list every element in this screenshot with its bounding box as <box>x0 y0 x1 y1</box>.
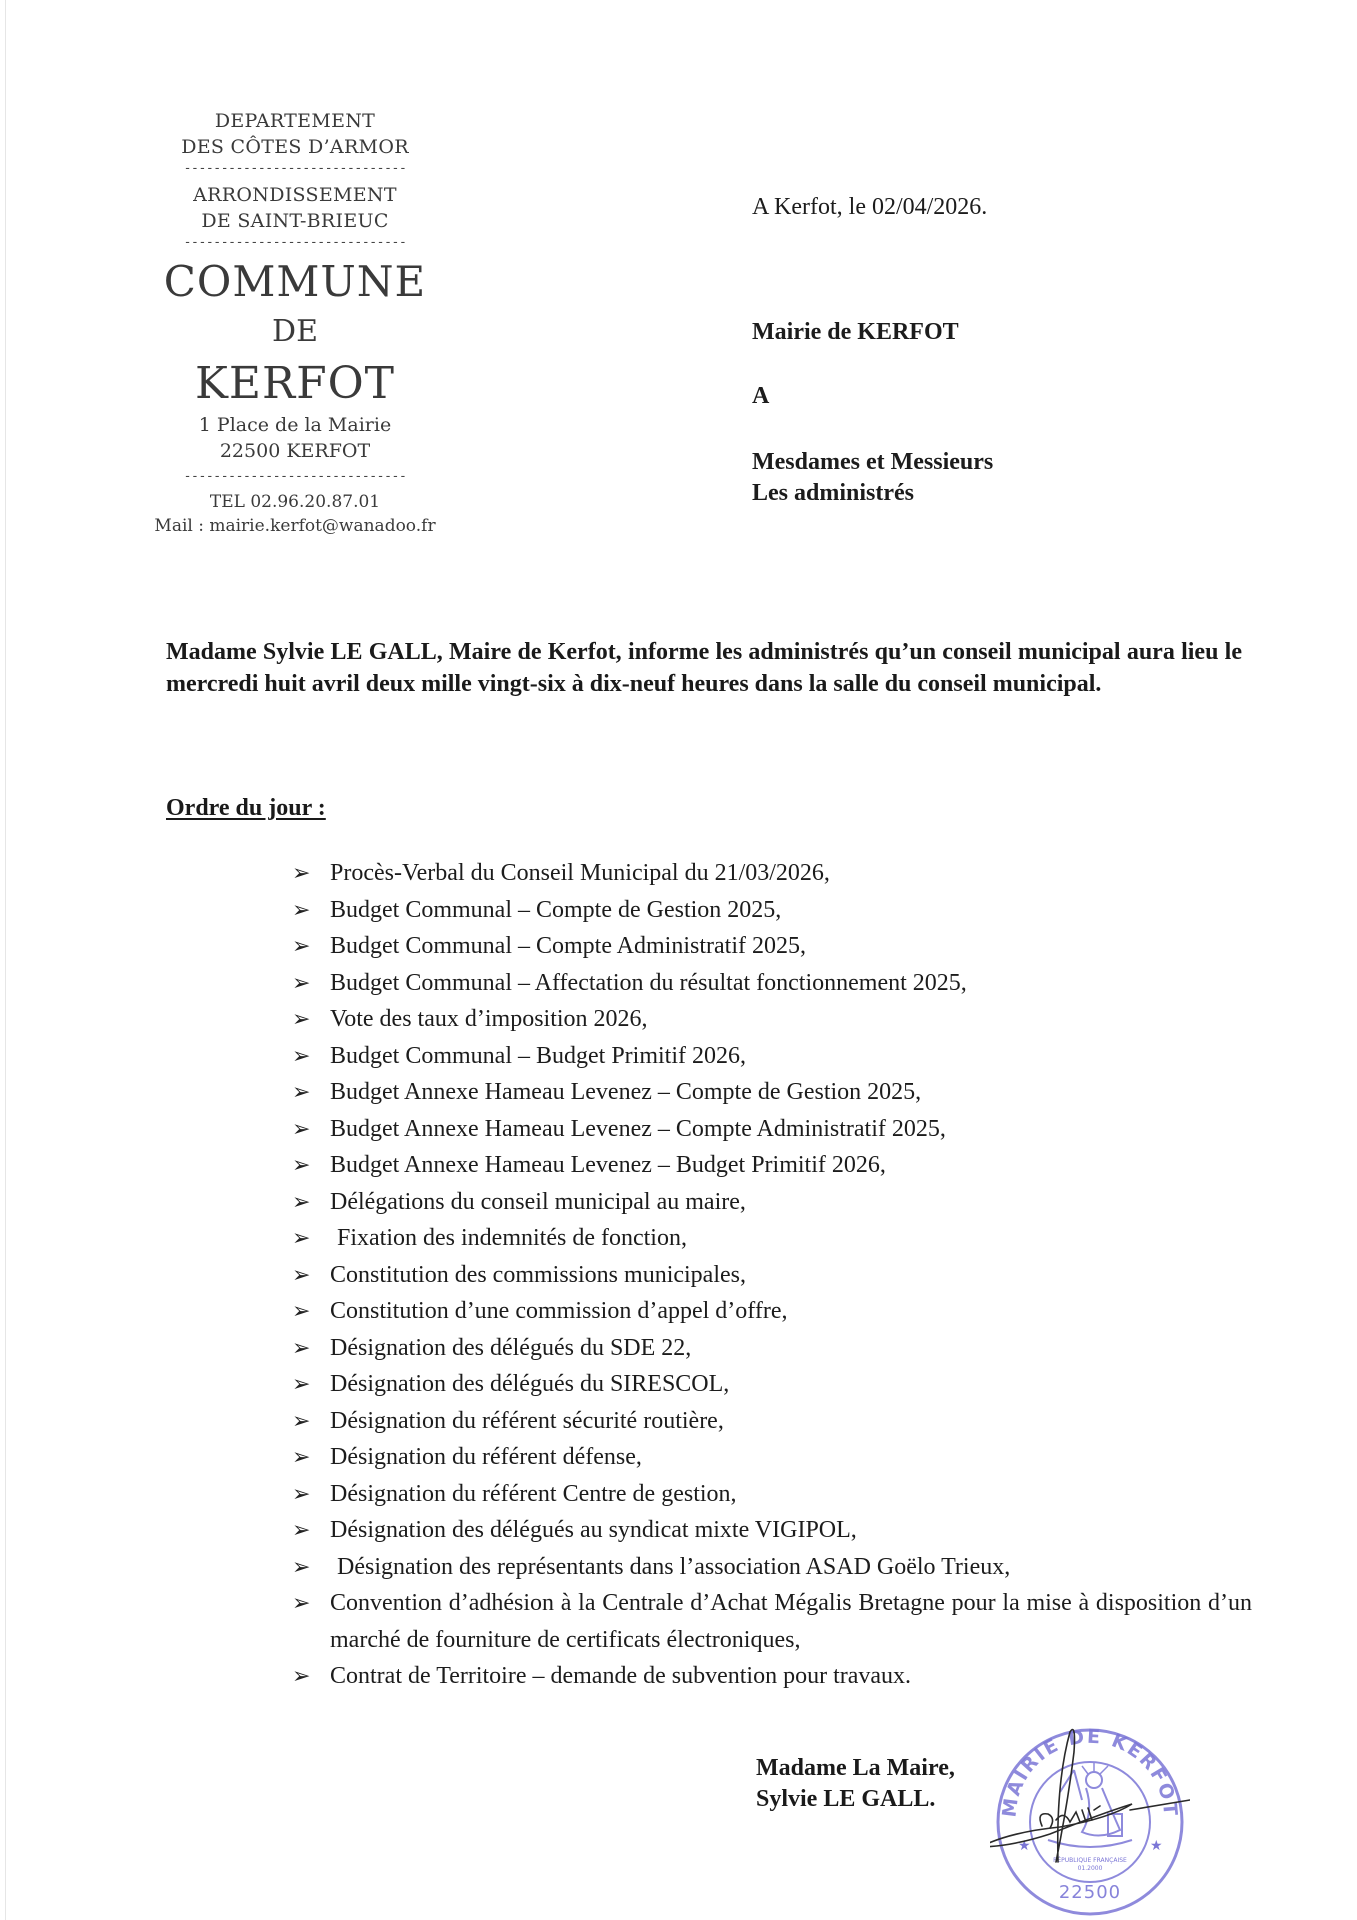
agenda-item: ➢Désignation des délégués au syndicat mi… <box>292 1512 1252 1549</box>
agenda-item-text: Budget Annexe Hameau Levenez – Budget Pr… <box>330 1152 886 1178</box>
svg-text:22500: 22500 <box>1059 1882 1121 1903</box>
recipients: Mesdames et Messieurs Les administrés <box>752 447 993 509</box>
agenda-item: ➢Constitution des commissions municipale… <box>292 1257 1252 1294</box>
agenda-item-text: Budget Communal – Compte Administratif 2… <box>330 933 806 959</box>
arrow-bullet-icon: ➢ <box>292 1038 310 1075</box>
official-stamp-icon: MAIRIE DE KERFOT ★ ★ RÉPUBLIQUE FRANÇAIS… <box>990 1722 1190 1920</box>
agenda-item-text: Procès-Verbal du Conseil Municipal du 21… <box>330 860 830 886</box>
agenda-item: ➢Budget Communal – Compte de Gestion 202… <box>292 892 1252 929</box>
svg-text:01.2000: 01.2000 <box>1078 1865 1103 1872</box>
agenda-item: ➢Convention d’adhésion à la Centrale d’A… <box>292 1585 1252 1658</box>
arrow-bullet-icon: ➢ <box>292 1549 310 1586</box>
arrow-bullet-icon: ➢ <box>292 1220 310 1257</box>
separator: ------------------------------ <box>140 236 450 250</box>
signature-name: Sylvie LE GALL. <box>756 1784 955 1815</box>
commune-de: DE <box>140 308 450 356</box>
department-line2: DES CÔTES D’ARMOR <box>140 134 450 160</box>
agenda-item: ➢Budget Communal – Compte Administratif … <box>292 928 1252 965</box>
letter-page: DEPARTEMENT DES CÔTES D’ARMOR ----------… <box>0 0 1357 1920</box>
agenda-item-text: Désignation des délégués du SIRESCOL, <box>330 1371 729 1397</box>
agenda-item-text: Désignation du référent Centre de gestio… <box>330 1481 737 1507</box>
agenda-item-text: Budget Communal – Affectation du résulta… <box>330 970 967 996</box>
arrow-bullet-icon: ➢ <box>292 1512 310 1549</box>
agenda-item: ➢Désignation des délégués du SDE 22, <box>292 1330 1252 1367</box>
address-line1: 1 Place de la Mairie <box>140 412 450 438</box>
agenda-item-text: Vote des taux d’imposition 2026, <box>330 1006 648 1032</box>
agenda-item-text: Désignation des représentants dans l’ass… <box>330 1554 1010 1580</box>
header-block: A Kerfot, le 02/04/2026. Mairie de KERFO… <box>752 192 987 222</box>
arrow-bullet-icon: ➢ <box>292 892 310 929</box>
agenda-item: ➢Désignation des représentants dans l’as… <box>292 1549 1252 1586</box>
agenda-item: ➢Fixation des indemnités de fonction, <box>292 1220 1252 1257</box>
arrow-bullet-icon: ➢ <box>292 1001 310 1038</box>
recipients-line1: Mesdames et Messieurs <box>752 447 993 478</box>
agenda-item: ➢Désignation des délégués du SIRESCOL, <box>292 1366 1252 1403</box>
arrondissement-line1: ARRONDISSEMENT <box>140 182 450 208</box>
arrow-bullet-icon: ➢ <box>292 1403 310 1440</box>
commune-heading: COMMUNE <box>140 256 450 308</box>
agenda-item: ➢Constitution d’une commission d’appel d… <box>292 1293 1252 1330</box>
agenda-item: ➢Vote des taux d’imposition 2026, <box>292 1001 1252 1038</box>
arrow-bullet-icon: ➢ <box>292 1111 310 1148</box>
agenda-item-text: Convention d’adhésion à la Centrale d’Ac… <box>330 1585 1252 1658</box>
separator: ------------------------------ <box>140 162 450 176</box>
to-prefix: A <box>752 383 769 410</box>
agenda-list: ➢Procès-Verbal du Conseil Municipal du 2… <box>292 855 1252 1695</box>
page-edge <box>5 0 6 1920</box>
agenda-item-text: Constitution d’une commission d’appel d’… <box>330 1298 788 1324</box>
agenda-item-text: Contrat de Territoire – demande de subve… <box>330 1663 911 1689</box>
date-line: A Kerfot, le 02/04/2026. <box>752 192 987 222</box>
agenda-item-text: Fixation des indemnités de fonction, <box>330 1225 687 1251</box>
email: Mail : mairie.kerfot@wanadoo.fr <box>118 514 472 538</box>
agenda-item: ➢Procès-Verbal du Conseil Municipal du 2… <box>292 855 1252 892</box>
arrow-bullet-icon: ➢ <box>292 1439 310 1476</box>
agenda-item-text: Désignation du référent défense, <box>330 1444 642 1470</box>
svg-text:RÉPUBLIQUE FRANÇAISE: RÉPUBLIQUE FRANÇAISE <box>1053 1856 1127 1864</box>
arrow-bullet-icon: ➢ <box>292 1257 310 1294</box>
separator: ------------------------------ <box>140 470 450 484</box>
sender: Mairie de KERFOT <box>752 319 959 346</box>
arrow-bullet-icon: ➢ <box>292 1293 310 1330</box>
letterhead: DEPARTEMENT DES CÔTES D’ARMOR ----------… <box>140 108 450 538</box>
department-line1: DEPARTEMENT <box>140 108 450 134</box>
agenda-item: ➢Désignation du référent sécurité routiè… <box>292 1403 1252 1440</box>
agenda-item: ➢Budget Annexe Hameau Levenez – Compte d… <box>292 1074 1252 1111</box>
agenda-item: ➢Budget Communal – Budget Primitif 2026, <box>292 1038 1252 1075</box>
svg-text:★: ★ <box>1150 1838 1163 1854</box>
agenda-item-text: Désignation du référent sécurité routièr… <box>330 1408 724 1434</box>
agenda-item-text: Délégations du conseil municipal au mair… <box>330 1189 746 1215</box>
arrondissement-line2: DE SAINT-BRIEUC <box>140 208 450 234</box>
agenda-item: ➢Budget Annexe Hameau Levenez – Budget P… <box>292 1147 1252 1184</box>
agenda-item: ➢Contrat de Territoire – demande de subv… <box>292 1658 1252 1695</box>
agenda-item-text: Constitution des commissions municipales… <box>330 1262 746 1288</box>
agenda-item-text: Budget Annexe Hameau Levenez – Compte Ad… <box>330 1116 946 1142</box>
arrow-bullet-icon: ➢ <box>292 965 310 1002</box>
arrow-bullet-icon: ➢ <box>292 1074 310 1111</box>
recipients-line2: Les administrés <box>752 478 993 509</box>
signature-title: Madame La Maire, <box>756 1753 955 1784</box>
arrow-bullet-icon: ➢ <box>292 855 310 892</box>
agenda-title: Ordre du jour : <box>166 795 326 822</box>
agenda-item: ➢Budget Annexe Hameau Levenez – Compte A… <box>292 1111 1252 1148</box>
arrow-bullet-icon: ➢ <box>292 1585 310 1622</box>
arrow-bullet-icon: ➢ <box>292 928 310 965</box>
agenda-item-text: Désignation des délégués au syndicat mix… <box>330 1517 857 1543</box>
arrow-bullet-icon: ➢ <box>292 1658 310 1695</box>
agenda-item: ➢Délégations du conseil municipal au mai… <box>292 1184 1252 1221</box>
agenda-item: ➢Désignation du référent Centre de gesti… <box>292 1476 1252 1513</box>
phone: TEL 02.96.20.87.01 <box>140 490 450 514</box>
signature-block: Madame La Maire, Sylvie LE GALL. <box>756 1753 955 1815</box>
arrow-bullet-icon: ➢ <box>292 1476 310 1513</box>
commune-name: KERFOT <box>140 356 450 412</box>
arrow-bullet-icon: ➢ <box>292 1147 310 1184</box>
address-line2: 22500 KERFOT <box>140 438 450 464</box>
agenda-item-text: Désignation des délégués du SDE 22, <box>330 1335 691 1361</box>
arrow-bullet-icon: ➢ <box>292 1184 310 1221</box>
arrow-bullet-icon: ➢ <box>292 1330 310 1367</box>
agenda-item-text: Budget Communal – Budget Primitif 2026, <box>330 1043 746 1069</box>
agenda-item-text: Budget Annexe Hameau Levenez – Compte de… <box>330 1079 921 1105</box>
intro-paragraph: Madame Sylvie LE GALL, Maire de Kerfot, … <box>166 636 1242 700</box>
agenda-item: ➢Budget Communal – Affectation du résult… <box>292 965 1252 1002</box>
agenda-item-text: Budget Communal – Compte de Gestion 2025… <box>330 897 781 923</box>
agenda-item: ➢Désignation du référent défense, <box>292 1439 1252 1476</box>
arrow-bullet-icon: ➢ <box>292 1366 310 1403</box>
